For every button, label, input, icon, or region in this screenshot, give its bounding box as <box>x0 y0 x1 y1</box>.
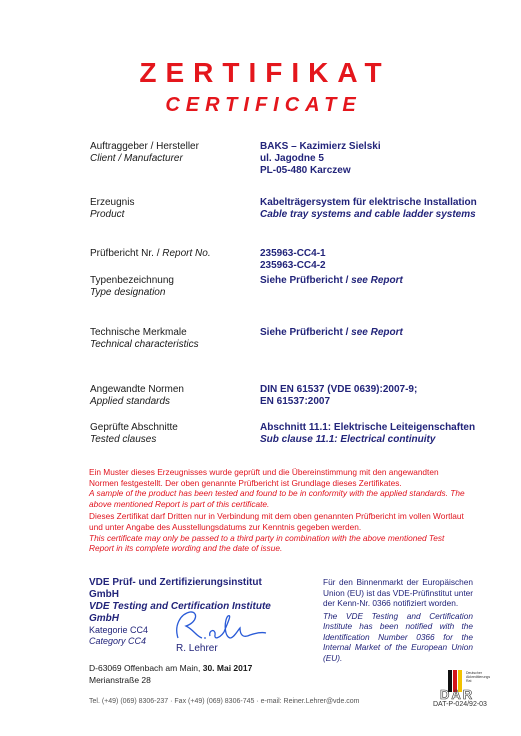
issue-date: 30. Mai 2017 <box>203 663 253 673</box>
standard: EN 61537:2007 <box>260 396 500 408</box>
notification-de: Für den Binnenmarkt der Europäischen Uni… <box>323 577 473 609</box>
field-label-en: Client / Manufacturer <box>90 153 260 165</box>
field-label-en: Technical characteristics <box>90 339 260 351</box>
field-label: Typenbezeichnung <box>90 275 260 287</box>
field-label-en: Tested clauses <box>90 434 260 446</box>
client-street: ul. Jagodne 5 <box>260 153 500 165</box>
field-label-en: Type designation <box>90 287 260 299</box>
contact-line: Tel. (+49) (069) 8306-237 · Fax (+49) (0… <box>89 698 360 705</box>
dar-accreditation-logo: Deutscher Akkreditierungs Rat DAR <box>438 668 498 702</box>
client-name: BAKS – Kazimierz Sielski <box>260 141 500 153</box>
field-label: Geprüfte Abschnitte <box>90 422 260 434</box>
tested-clause-de: Abschnitt 11.1: Elektrische Leiteigensch… <box>260 422 500 434</box>
street: Merianstraße 28 <box>89 674 252 686</box>
statement-en: A sample of the product has been tested … <box>89 488 465 509</box>
signature-image <box>168 608 268 646</box>
signatory-name: R. Lehrer <box>176 643 218 654</box>
notification-en: The VDE Testing and Certification Instit… <box>323 611 473 664</box>
type-designation-en: see Report <box>351 275 403 286</box>
certificate-title-en: CERTIFICATE <box>0 94 521 117</box>
conformity-statement: Ein Muster dieses Erzeugnisses wurde gep… <box>89 467 469 556</box>
field-label: Prüfbericht Nr. / <box>90 248 162 259</box>
statement-de: Dieses Zertifikat darf Dritten nur in Ve… <box>89 511 464 532</box>
type-designation-de: Siehe Prüfbericht / <box>260 275 351 286</box>
field-label: Erzeugnis <box>90 197 260 209</box>
client-city: PL-05-480 Karczew <box>260 165 500 177</box>
institute-name-de: VDE Prüf- und Zertifizierungsinstitut Gm… <box>89 577 279 601</box>
report-number: 235963-CC4-2 <box>260 260 500 272</box>
eu-notification: Für den Binnenmarkt der Europäischen Uni… <box>323 577 473 665</box>
field-label-en: Applied standards <box>90 396 260 408</box>
field-label: Auftraggeber / Hersteller <box>90 141 260 153</box>
standard: DIN EN 61537 (VDE 0639):2007-9; <box>260 384 500 396</box>
technical-de: Siehe Prüfbericht / <box>260 327 351 338</box>
field-label-en: Report No. <box>162 248 210 259</box>
statement-de: Ein Muster dieses Erzeugnisses wurde gep… <box>89 467 439 488</box>
dar-code: DAT-P-024/92-03 <box>433 701 487 708</box>
field-label: Technische Merkmale <box>90 327 260 339</box>
technical-en: see Report <box>351 327 403 338</box>
field-label: Angewandte Normen <box>90 384 260 396</box>
report-number: 235963-CC4-1 <box>260 248 500 260</box>
tested-clause-en: Sub clause 11.1: Electrical continuity <box>260 434 500 446</box>
field-label-en: Product <box>90 209 260 221</box>
svg-text:Rat: Rat <box>466 679 471 683</box>
product-de: Kabelträgersystem für elektrische Instal… <box>260 197 500 209</box>
issue-place: D-63069 Offenbach am Main, <box>89 663 203 673</box>
svg-text:DAR: DAR <box>440 687 474 702</box>
statement-en: This certificate may only be passed to a… <box>89 533 444 554</box>
issue-address: D-63069 Offenbach am Main, 30. Mai 2017 … <box>89 662 252 686</box>
certificate-title-de: ZERTIFIKAT <box>0 57 521 89</box>
product-en: Cable tray systems and cable ladder syst… <box>260 209 500 221</box>
